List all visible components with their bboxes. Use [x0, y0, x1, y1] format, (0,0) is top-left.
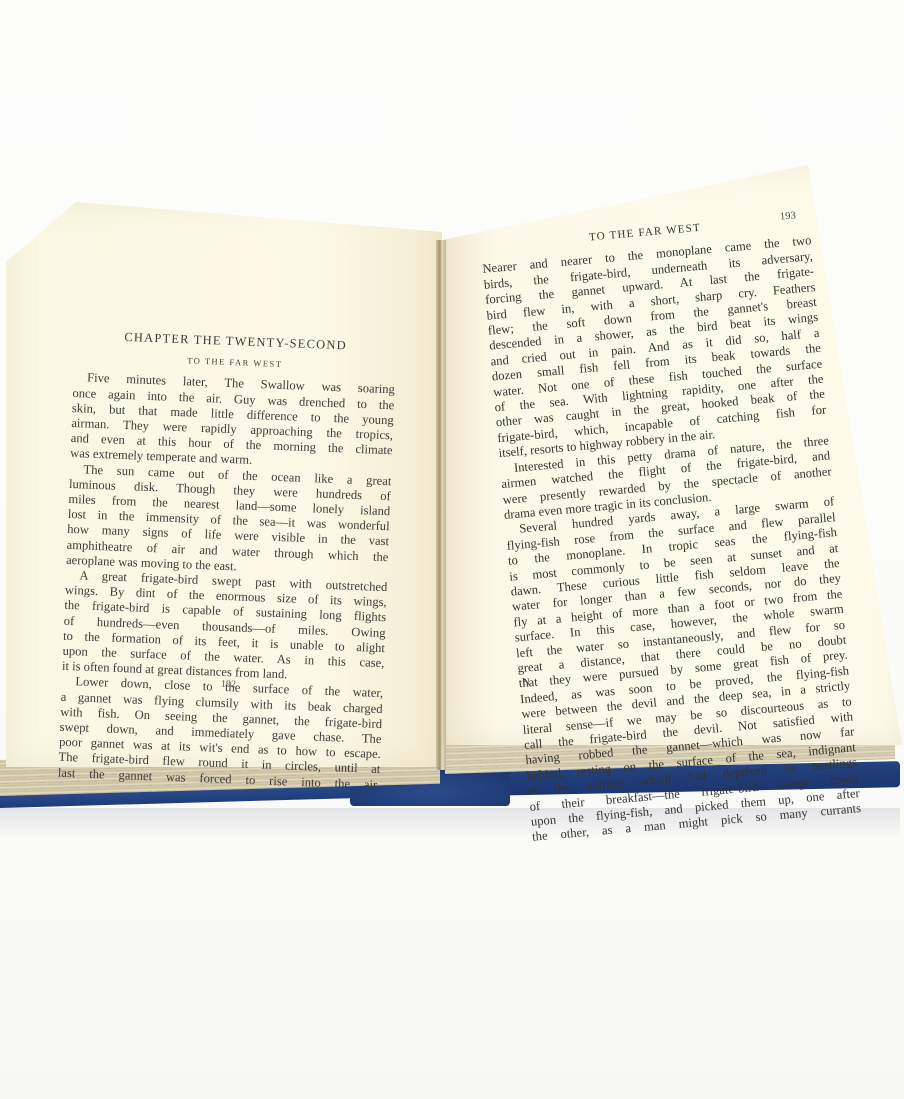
- signature-mark: N: [523, 677, 530, 687]
- page-number-left: 192: [221, 679, 236, 691]
- right-page-body: Nearer and nearer to the monoplane came …: [482, 234, 862, 846]
- left-page-body: Five minutes later, The Swallow was soar…: [58, 370, 396, 793]
- book-gutter: [436, 240, 446, 770]
- right-page-text: TO THE FAR WEST Nearer and nearer to the…: [480, 211, 862, 845]
- page-number-right: 193: [780, 210, 797, 222]
- left-page-text: CHAPTER THE TWENTY-SECOND TO THE FAR WES…: [58, 328, 397, 793]
- book-photo-scene: CHAPTER THE TWENTY-SECOND TO THE FAR WES…: [0, 0, 904, 1099]
